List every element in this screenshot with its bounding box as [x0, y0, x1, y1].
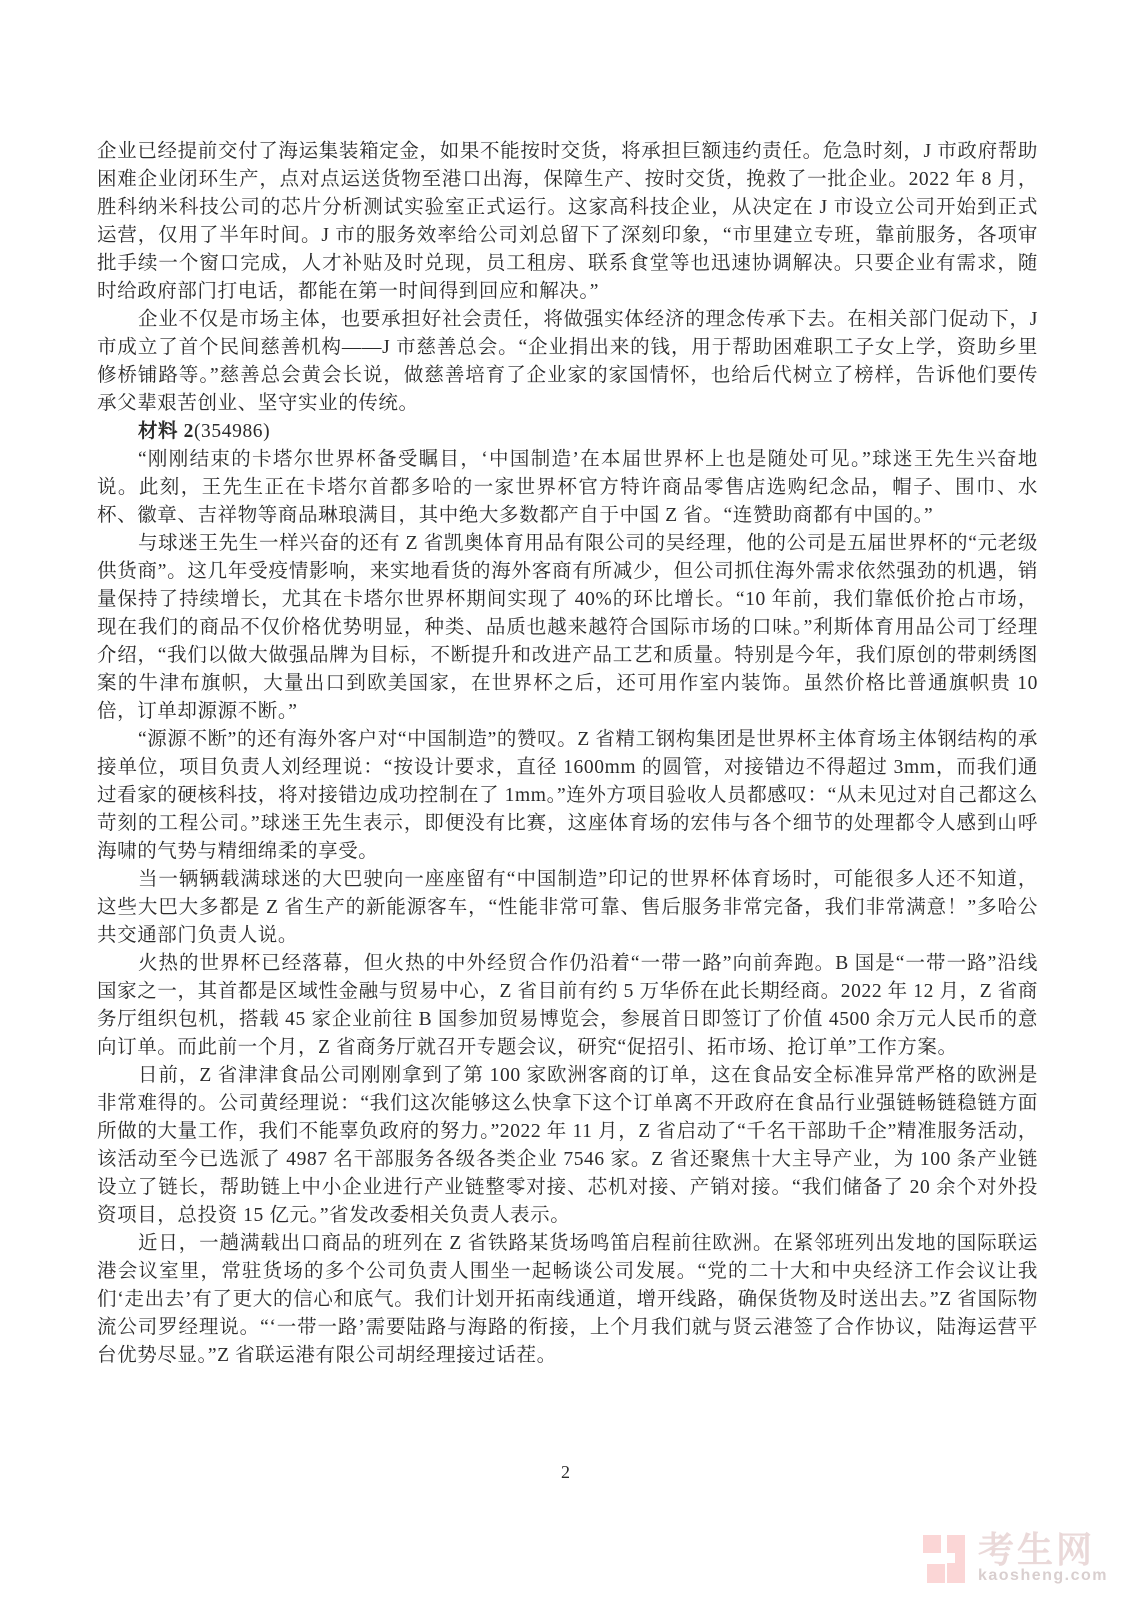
- paragraph: “刚刚结束的卡塔尔世界杯备受瞩目，‘中国制造’在本届世界杯上也是随处可见。”球迷…: [97, 446, 1038, 530]
- kaosheng-watermark-text: 考生网 kaosheng.com: [978, 1533, 1108, 1584]
- paragraph: 企业不仅是市场主体，也要承担好社会责任，将做强实体经济的理念传承下去。在相关部门…: [97, 306, 1038, 418]
- document-page: { "theme": { "wm-pink": "#fbd6d6", "wm-c…: [0, 0, 1131, 1600]
- kaosheng-logo-icon: [923, 1534, 970, 1584]
- material-2-heading-code: (354986): [194, 421, 270, 442]
- kaosheng-site-name: 考生网: [978, 1533, 1095, 1567]
- paragraph: 当一辆辆载满球迷的大巴驶向一座座留有“中国制造”印记的世界杯体育场时，可能很多人…: [97, 866, 1038, 950]
- material-2-heading: 材料 2(354986): [97, 418, 1038, 446]
- paragraph: 企业已经提前交付了海运集装箱定金，如果不能按时交货，将承担巨额违约责任。危急时刻…: [97, 138, 1038, 306]
- paragraph: “源源不断”的还有海外客户对“中国制造”的赞叹。Z 省精工钢构集团是世界杯主体育…: [97, 726, 1038, 866]
- kaosheng-site-domain: kaosheng.com: [978, 1568, 1108, 1584]
- paragraph: 火热的世界杯已经落幕，但火热的中外经贸合作仍沿着“一带一路”向前奔跑。B 国是“…: [97, 950, 1038, 1062]
- document-body-text: 企业已经提前交付了海运集装箱定金，如果不能按时交货，将承担巨额违约责任。危急时刻…: [97, 138, 1038, 1370]
- paragraph: 近日，一趟满载出口商品的班列在 Z 省铁路某货场鸣笛启程前往欧洲。在紧邻班列出发…: [97, 1230, 1038, 1370]
- paragraph: 与球迷王先生一样兴奋的还有 Z 省凯奥体育用品有限公司的吴经理，他的公司是五届世…: [97, 530, 1038, 726]
- page-number: 2: [0, 1462, 1131, 1483]
- paragraph: 日前，Z 省津津食品公司刚刚拿到了第 100 家欧洲客商的订单，这在食品安全标准…: [97, 1062, 1038, 1230]
- kaosheng-watermark: 考生网 kaosheng.com: [923, 1533, 1108, 1584]
- material-2-heading-label: 材料 2: [138, 421, 194, 442]
